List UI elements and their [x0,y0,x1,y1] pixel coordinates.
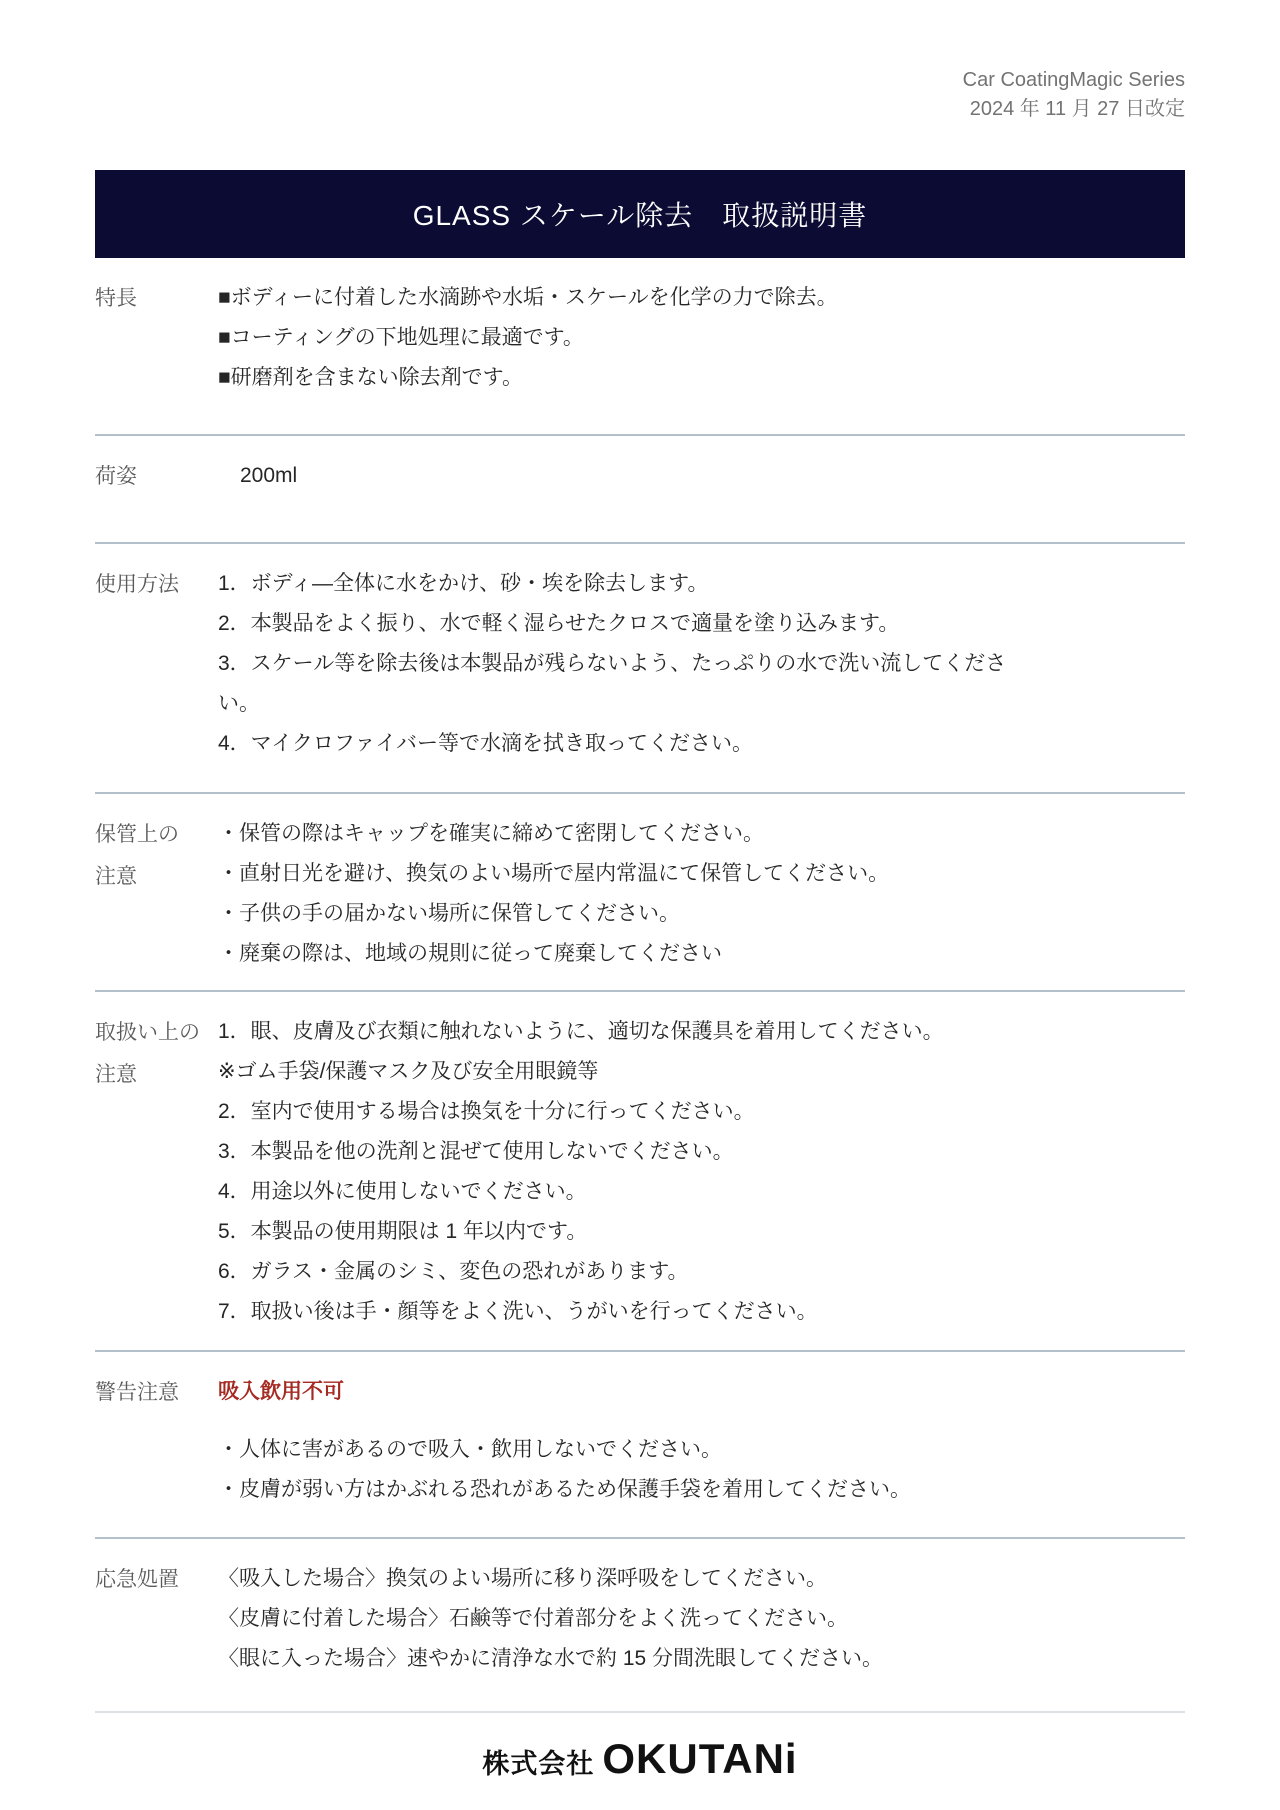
section: 荷姿200ml [95,436,1185,542]
revision-date: 2024 年 11 月 27 日改定 [95,95,1185,124]
content-line: ・保管の際はキャップを確実に締めて密閉してください。 [218,814,1185,854]
section-content: 1．眼、皮膚及び衣類に触れないように、適切な保護具を着用してください。※ゴム手袋… [218,1012,1185,1332]
content-line: ■研磨剤を含まない除去剤です。 [218,358,1185,398]
section: 保管上の注意・保管の際はキャップを確実に締めて密閉してください。・直射日光を避け… [95,794,1185,990]
section-content: 1．ボディ―全体に水をかけ、砂・埃を除去します。2．本製品をよく振り、水で軽く湿… [218,564,1185,764]
sections: 特長■ボディーに付着した水滴跡や水垢・スケールを化学の力で除去。■コーティングの… [95,258,1185,1713]
content-line: 6．ガラス・金属のシミ、変色の恐れがあります。 [218,1252,1185,1292]
section: 使用方法1．ボディ―全体に水をかけ、砂・埃を除去します。2．本製品をよく振り、水… [95,544,1185,792]
section-label-line: 荷姿 [95,456,218,498]
section: 取扱い上の注意1．眼、皮膚及び衣類に触れないように、適切な保護具を着用してくださ… [95,992,1185,1350]
section-label: 応急処置 [95,1559,218,1679]
content-line: 4．マイクロファイバー等で水滴を拭き取ってください。 [218,724,1185,764]
section-label-line: 応急処置 [95,1559,218,1601]
content-line: 1．眼、皮膚及び衣類に触れないように、適切な保護具を着用してください。 [218,1012,1185,1052]
section-label: 警告注意 [95,1372,218,1510]
content-line: ■コーティングの下地処理に最適です。 [218,318,1185,358]
section-label: 取扱い上の注意 [95,1012,218,1332]
series-name: Car CoatingMagic Series [95,66,1185,95]
content-line: 2．本製品をよく振り、水で軽く湿らせたクロスで適量を塗り込みます。 [218,604,1185,644]
warning-text: 吸入飲用不可 [218,1372,1185,1412]
company-logo: OKUTANi [602,1735,797,1783]
content-line: 〈吸入した場合〉換気のよい場所に移り深呼吸をしてください。 [218,1559,1185,1599]
section-label: 保管上の注意 [95,814,218,974]
document-page: Car CoatingMagic Series 2024 年 11 月 27 日… [0,0,1280,1783]
section-content: ■ボディーに付着した水滴跡や水垢・スケールを化学の力で除去。■コーティングの下地… [218,278,1185,398]
section-content: 〈吸入した場合〉換気のよい場所に移り深呼吸をしてください。〈皮膚に付着した場合〉… [218,1559,1185,1679]
content-line: 3．本製品を他の洗剤と混ぜて使用しないでください。 [218,1132,1185,1172]
section-label: 使用方法 [95,564,218,764]
section: 応急処置〈吸入した場合〉換気のよい場所に移り深呼吸をしてください。〈皮膚に付着し… [95,1539,1185,1711]
content-line: 2．室内で使用する場合は換気を十分に行ってください。 [218,1092,1185,1132]
title-banner: GLASS スケール除去 取扱説明書 [95,170,1185,258]
content-line: ・廃棄の際は、地域の規則に従って廃棄してください [218,934,1185,974]
section-label-line: 警告注意 [95,1372,218,1414]
content-line: 7．取扱い後は手・顔等をよく洗い、うがいを行ってください。 [218,1292,1185,1332]
section-label-line: 注意 [95,856,218,898]
section-content: 200ml [218,456,1185,498]
content-line: 1．ボディ―全体に水をかけ、砂・埃を除去します。 [218,564,1185,604]
content-line: 5．本製品の使用期限は 1 年以内です。 [218,1212,1185,1252]
content-line: ・直射日光を避け、換気のよい場所で屋内常温にて保管してください。 [218,854,1185,894]
content-line: ※ゴム手袋/保護マスク及び安全用眼鏡等 [218,1052,1185,1092]
section-label-line: 取扱い上の [95,1012,218,1054]
company-prefix: 株式会社 [482,1742,594,1781]
content-line: ■ボディーに付着した水滴跡や水垢・スケールを化学の力で除去。 [218,278,1185,318]
section: 警告注意吸入飲用不可・人体に害があるので吸入・飲用しないでください。・皮膚が弱い… [95,1352,1185,1537]
section-label-line: 注意 [95,1054,218,1096]
content-line: 200ml [218,456,1185,496]
section-content: ・保管の際はキャップを確実に締めて密閉してください。・直射日光を避け、換気のよい… [218,814,1185,974]
content-line: 〈眼に入った場合〉速やかに清浄な水で約 15 分間洗眼してください。 [218,1639,1185,1679]
content-line: 〈皮膚に付着した場合〉石鹸等で付着部分をよく洗ってください。 [218,1599,1185,1639]
content-line: ・皮膚が弱い方はかぶれる恐れがあるため保護手袋を着用してください。 [218,1470,1185,1510]
content-line: 4．用途以外に使用しないでください。 [218,1172,1185,1212]
section-label-line: 保管上の [95,814,218,856]
page-title: GLASS スケール除去 取扱説明書 [413,194,868,234]
document-header: Car CoatingMagic Series 2024 年 11 月 27 日… [95,0,1185,124]
section-label-line: 特長 [95,278,218,320]
content-line: ・子供の手の届かない場所に保管してください。 [218,894,1185,934]
section-label-line: 使用方法 [95,564,218,606]
section-content: 吸入飲用不可・人体に害があるので吸入・飲用しないでください。・皮膚が弱い方はかぶ… [218,1372,1185,1510]
footer: 株式会社 OKUTANi [95,1713,1185,1783]
section: 特長■ボディーに付着した水滴跡や水垢・スケールを化学の力で除去。■コーティングの… [95,258,1185,434]
content-line: ・人体に害があるので吸入・飲用しないでください。 [218,1430,1185,1470]
section-label: 特長 [95,278,218,398]
content-line: 3．スケール等を除去後は本製品が残らないよう、たっぷりの水で洗い流してくださ [218,644,1185,684]
section-label: 荷姿 [95,456,218,498]
content-line: い。 [218,684,1185,724]
